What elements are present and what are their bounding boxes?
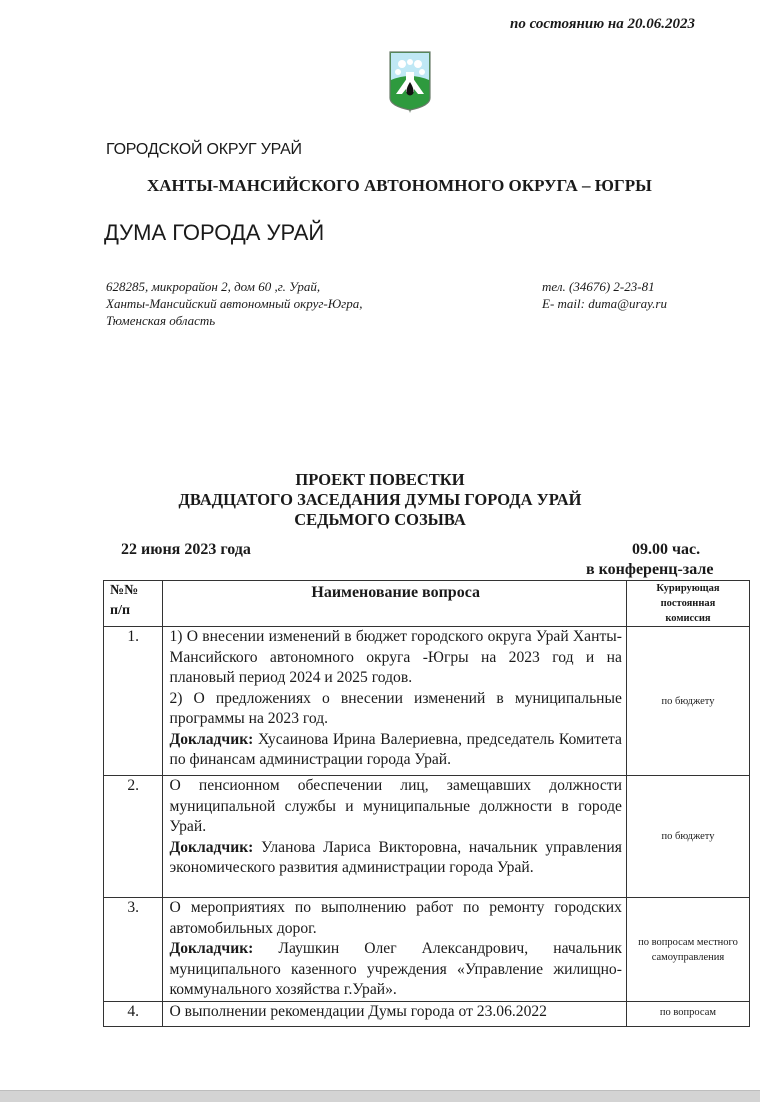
row-item: О мероприятиях по выполнению работ по ре… (163, 898, 626, 1002)
email[interactable]: E- mail: duma@uray.ru (542, 295, 667, 312)
row-committee: по вопросам местного самоуправления (626, 898, 749, 1002)
table-row: 1. 1) О внесении изменений в бюджет горо… (104, 627, 750, 776)
row-number: 2. (104, 776, 163, 898)
address-line: 628285, микрорайон 2, дом 60 ,г. Урай, (106, 278, 362, 295)
item-text: 1) О внесении изменений в бюджет городск… (169, 627, 621, 689)
header-committee: Курирующая постоянная комиссия (626, 581, 749, 627)
header-text: Курирующая (627, 581, 749, 596)
header-text: №№ (110, 581, 162, 601)
postal-address: 628285, микрорайон 2, дом 60 ,г. Урай, Х… (106, 278, 362, 329)
meeting-date: 22 июня 2023 года (121, 541, 251, 559)
row-committee: по бюджету (626, 776, 749, 898)
item-text: О выполнении рекомендации Думы города от… (169, 1002, 621, 1023)
viewer-bottom-bar (0, 1090, 760, 1102)
address-line: Ханты-Мансийский автономный округ-Югра, (106, 295, 362, 312)
header-item: Наименование вопроса (163, 581, 626, 627)
org-line-duma: ДУМА ГОРОДА УРАЙ (104, 220, 324, 246)
row-number: 1. (104, 627, 163, 776)
header-text: комиссия (627, 611, 749, 626)
table-row: 4. О выполнении рекомендации Думы города… (104, 1002, 750, 1027)
row-committee: по вопросам (626, 1002, 749, 1027)
header-number: №№ п/п (104, 581, 163, 627)
title-line: ДВАДЦАТОГО ЗАСЕДАНИЯ ДУМЫ ГОРОДА УРАЙ (0, 490, 760, 510)
agenda-table: №№ п/п Наименование вопроса Курирующая п… (103, 580, 750, 1027)
meeting-time: 09.00 час. (632, 541, 700, 559)
header-text: постоянная (627, 596, 749, 611)
speaker: Докладчик: Лаушкин Олег Александрович, н… (169, 939, 621, 1001)
table-row: 3. О мероприятиях по выполнению работ по… (104, 898, 750, 1002)
title-line: СЕДЬМОГО СОЗЫВА (0, 510, 760, 530)
item-text: О пенсионном обеспечении лиц, замещавших… (169, 776, 621, 838)
status-date: по состоянию на 20.06.2023 (510, 16, 695, 33)
address-line: Тюменская область (106, 312, 362, 329)
org-line-city-district: ГОРОДСКОЙ ОКРУГ УРАЙ (106, 141, 302, 159)
header-text: п/п (110, 601, 162, 621)
urai-coat-of-arms-icon (388, 50, 432, 114)
item-text: 2) О предложениях о внесении изменений в… (169, 689, 621, 730)
speaker-label: Докладчик: (169, 839, 253, 856)
speaker: Докладчик: Уланова Лариса Викторовна, на… (169, 838, 621, 879)
row-number: 4. (104, 1002, 163, 1027)
title-line: ПРОЕКТ ПОВЕСТКИ (0, 470, 760, 490)
contact-info: тел. (34676) 2-23-81 E- mail: duma@uray.… (542, 278, 667, 312)
speaker-label: Докладчик: (169, 940, 253, 957)
speaker-label: Докладчик: (169, 731, 253, 748)
row-item: О выполнении рекомендации Думы города от… (163, 1002, 626, 1027)
row-item: 1) О внесении изменений в бюджет городск… (163, 627, 626, 776)
item-text: О мероприятиях по выполнению работ по ре… (169, 898, 621, 939)
row-number: 3. (104, 898, 163, 1002)
table-header-row: №№ п/п Наименование вопроса Курирующая п… (104, 581, 750, 627)
org-line-region: ХАНТЫ-МАНСИЙСКОГО АВТОНОМНОГО ОКРУГА – Ю… (147, 176, 652, 196)
row-item: О пенсионном обеспечении лиц, замещавших… (163, 776, 626, 898)
meeting-place: в конференц-зале (586, 561, 713, 579)
agenda-title: ПРОЕКТ ПОВЕСТКИ ДВАДЦАТОГО ЗАСЕДАНИЯ ДУМ… (0, 470, 760, 530)
row-committee: по бюджету (626, 627, 749, 776)
speaker: Докладчик: Хусаинова Ирина Валериевна, п… (169, 730, 621, 771)
phone: тел. (34676) 2-23-81 (542, 278, 667, 295)
table-row: 2. О пенсионном обеспечении лиц, замещав… (104, 776, 750, 898)
